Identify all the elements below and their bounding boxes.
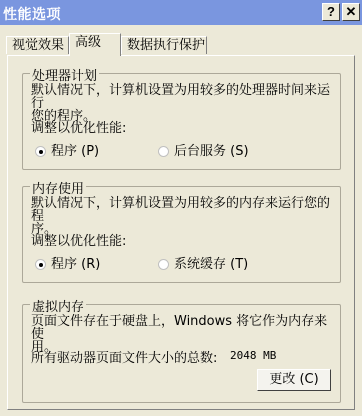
radio-unchecked-icon: [158, 146, 169, 157]
adjust-label: 调整以优化性能:: [31, 230, 126, 249]
window-title: 性能选项: [3, 4, 61, 24]
tab-advanced[interactable]: 高级: [69, 33, 121, 56]
paging-file-total-value: 2048 MB: [230, 349, 276, 362]
radio-system-cache[interactable]: 系统缓存 (T): [158, 253, 248, 272]
change-button[interactable]: 更改 (C): [257, 369, 331, 391]
memory-usage-group: 内存使用 默认情况下，计算机设置为用较多的内存来运行您的程 序。 调整以优化性能…: [22, 186, 341, 283]
group-title: 虚拟内存: [30, 296, 86, 315]
adjust-label: 调整以优化性能:: [31, 117, 126, 136]
tab-data-execution-prevention[interactable]: 数据执行保护: [121, 36, 207, 54]
radio-programs-memory[interactable]: 程序 (R): [35, 253, 100, 272]
radio-unchecked-icon: [158, 259, 169, 270]
title-bar: 性能选项 ? ✕: [0, 0, 362, 25]
paging-file-total-label: 所有驱动器页面文件大小的总数:: [31, 347, 217, 366]
processor-scheduling-group: 处理器计划 默认情况下，计算机设置为用较多的处理器时间来运行 您的程序。 调整以…: [22, 73, 341, 170]
help-icon: ?: [327, 4, 335, 19]
radio-programs-processor[interactable]: 程序 (P): [35, 140, 99, 159]
group-title: 处理器计划: [30, 65, 99, 84]
close-button[interactable]: ✕: [342, 3, 360, 21]
group-title: 内存使用: [30, 178, 86, 197]
close-icon: ✕: [346, 4, 357, 19]
tab-visual-effects[interactable]: 视觉效果: [6, 36, 69, 54]
help-button[interactable]: ?: [322, 3, 340, 21]
radio-checked-icon: [35, 259, 46, 270]
radio-background-services[interactable]: 后台服务 (S): [158, 140, 249, 159]
virtual-memory-group: 虚拟内存 页面文件存在于硬盘上，Windows 将它作为内存来使 用。 所有驱动…: [22, 304, 341, 403]
radio-checked-icon: [35, 146, 46, 157]
